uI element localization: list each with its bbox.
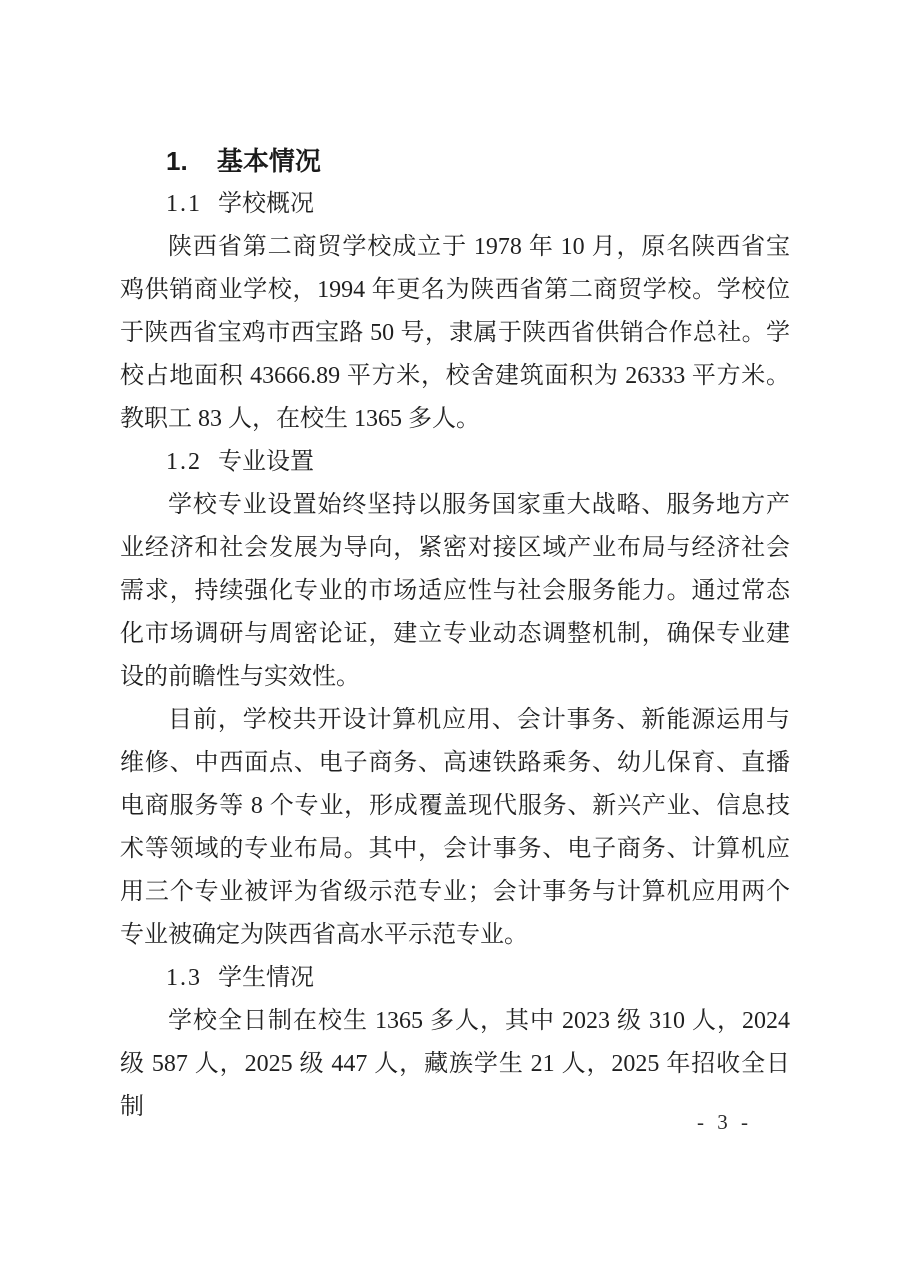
section-heading-number: 1. [166,140,188,183]
body-paragraph: 目前，学校共开设计算机应用、会计事务、新能源运用与维修、中西面点、电子商务、高速… [120,699,790,957]
subsection-1-2-number: 1.2 [166,441,202,484]
page-number: - 3 - [697,1110,752,1135]
body-paragraph: 陕西省第二商贸学校成立于 1978 年 10 月，原名陕西省宝鸡供销商业学校，1… [120,226,790,441]
subsection-heading-1-3: 1.3 学生情况 [120,957,790,1000]
section-heading-title: 基本情况 [217,146,321,176]
subsection-1-2-title: 专业设置 [218,449,314,475]
section-heading: 1. 基本情况 [120,140,790,183]
subsection-1-1-title: 学校概况 [218,191,314,217]
document-page: 1. 基本情况 1.1 学校概况 陕西省第二商贸学校成立于 1978 年 10 … [0,0,900,1273]
page-content: 1. 基本情况 1.1 学校概况 陕西省第二商贸学校成立于 1978 年 10 … [120,140,790,1129]
body-paragraph: 学校专业设置始终坚持以服务国家重大战略、服务地方产业经济和社会发展为导向，紧密对… [120,484,790,699]
subsection-1-1-number: 1.1 [166,183,202,226]
subsection-heading-1-2: 1.2 专业设置 [120,441,790,484]
body-paragraph: 学校全日制在校生 1365 多人，其中 2023 级 310 人，2024 级 … [120,1000,790,1129]
subsection-heading-1-1: 1.1 学校概况 [120,183,790,226]
subsection-1-3-number: 1.3 [166,957,202,1000]
subsection-1-3-title: 学生情况 [218,965,314,991]
